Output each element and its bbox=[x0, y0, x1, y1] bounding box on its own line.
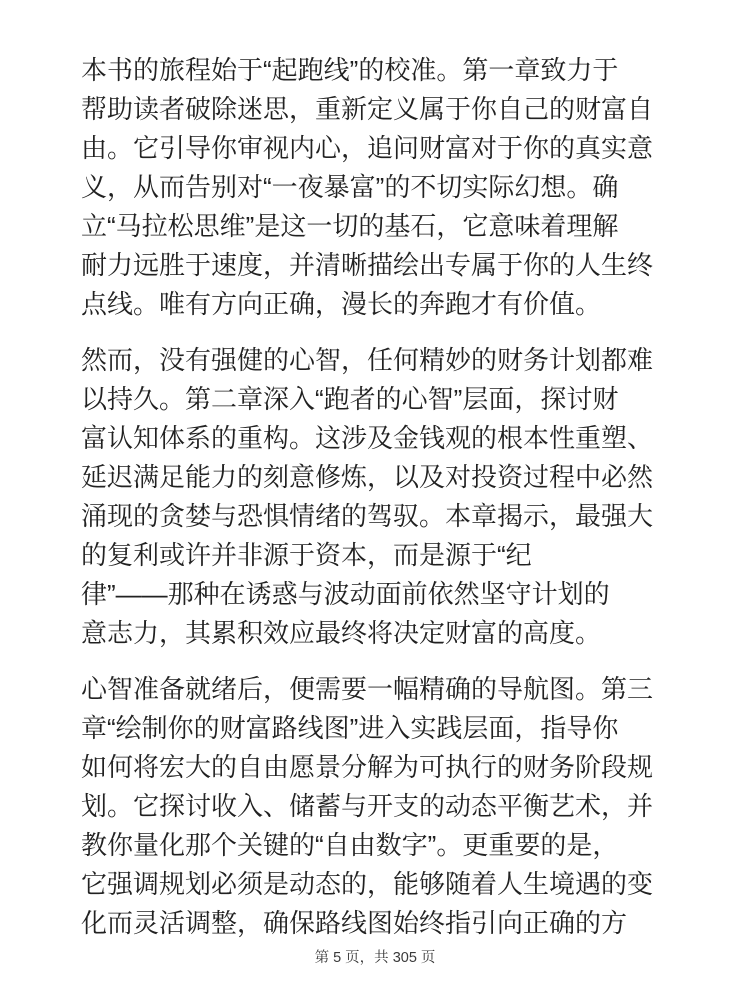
page-content: 本书的旅程始于“起跑线”的校准。第一章致力于 帮助读者破除迷思，重新定义属于你自… bbox=[81, 51, 681, 943]
page-number-footer: 第 5 页，共 305 页 bbox=[0, 948, 750, 968]
document-page: 本书的旅程始于“起跑线”的校准。第一章致力于 帮助读者破除迷思，重新定义属于你自… bbox=[0, 0, 750, 1000]
paragraph: 本书的旅程始于“起跑线”的校准。第一章致力于 帮助读者破除迷思，重新定义属于你自… bbox=[81, 51, 681, 324]
paragraph: 心智准备就绪后，便需要一幅精确的导航图。第三 章“绘制你的财富路线图”进入实践层… bbox=[81, 670, 681, 943]
paragraph: 然而，没有强健的心智，任何精妙的财务计划都难 以持久。第二章深入“跑者的心智”层… bbox=[81, 341, 681, 653]
